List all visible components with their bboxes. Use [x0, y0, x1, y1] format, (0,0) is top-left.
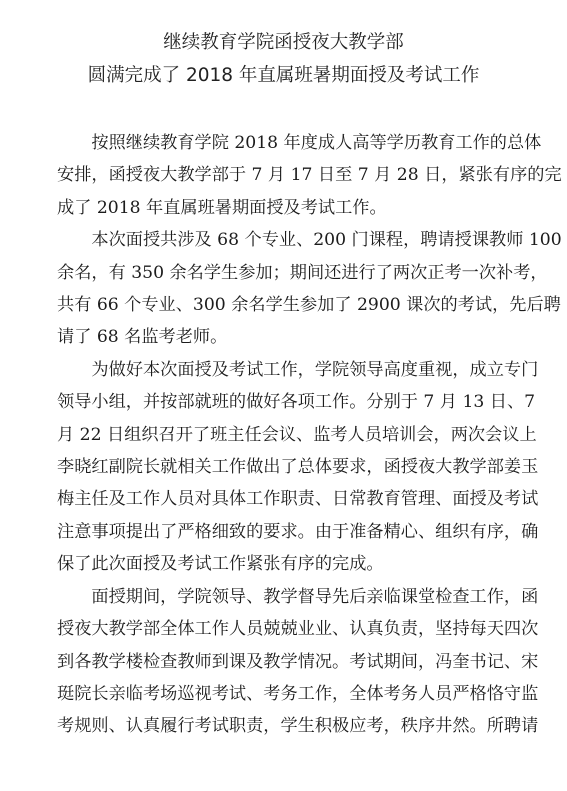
- document-body: 按照继续教育学院 2018 年度成人高等学历教育工作的总体 安排，函授夜大教学部…: [57, 127, 465, 743]
- paragraph-line: 余名，有 350 余名学生参加；期间还进行了两次正考一次补考，: [57, 257, 465, 289]
- paragraph-line: 按照继续教育学院 2018 年度成人高等学历教育工作的总体: [57, 127, 465, 159]
- paragraph-line: 保了此次面授及考试工作紧张有序的完成。: [57, 548, 465, 580]
- paragraph-line: 本次面授共涉及 68 个专业、200 门课程，聘请授课教师 100: [57, 224, 465, 256]
- document-title-line2: 圆满完成了 2018 年直属班暑期面授及考试工作: [0, 61, 567, 87]
- document-title-line1: 继续教育学院函授夜大教学部: [0, 28, 567, 54]
- paragraph-line: 梅主任及工作人员对具体工作职责、日常教育管理、面授及考试: [57, 483, 465, 515]
- paragraph-line: 共有 66 个专业、300 余名学生参加了 2900 课次的考试，先后聘: [57, 289, 465, 321]
- paragraph-line: 面授期间，学院领导、教学督导先后亲临课堂检查工作，函: [57, 581, 465, 613]
- paragraph-line: 注意事项提出了严格细致的要求。由于准备精心、组织有序，确: [57, 516, 465, 548]
- paragraph-line: 安排，函授夜大教学部于 7 月 17 日至 7 月 28 日，紧张有序的完: [57, 159, 465, 191]
- paragraph-line: 为做好本次面授及考试工作，学院领导高度重视，成立专门: [57, 354, 465, 386]
- document-page: 继续教育学院函授夜大教学部 圆满完成了 2018 年直属班暑期面授及考试工作 按…: [0, 0, 567, 791]
- paragraph-line: 成了 2018 年直属班暑期面授及考试工作。: [57, 192, 465, 224]
- paragraph-1: 按照继续教育学院 2018 年度成人高等学历教育工作的总体 安排，函授夜大教学部…: [57, 127, 465, 224]
- paragraph-3: 为做好本次面授及考试工作，学院领导高度重视，成立专门 领导小组，并按部就班的做好…: [57, 354, 465, 581]
- paragraph-line: 到各教学楼检查教师到课及教学情况。考试期间，冯奎书记、宋: [57, 646, 465, 678]
- paragraph-4: 面授期间，学院领导、教学督导先后亲临课堂检查工作，函 授夜大教学部全体工作人员兢…: [57, 581, 465, 743]
- paragraph-line: 考规则、认真履行考试职责，学生积极应考，秩序井然。所聘请: [57, 710, 465, 742]
- paragraph-line: 授夜大教学部全体工作人员兢兢业业、认真负责，坚持每天四次: [57, 613, 465, 645]
- paragraph-line: 李晓红副院长就相关工作做出了总体要求，函授夜大教学部姜玉: [57, 451, 465, 483]
- paragraph-2: 本次面授共涉及 68 个专业、200 门课程，聘请授课教师 100 余名，有 3…: [57, 224, 465, 354]
- paragraph-line: 月 22 日组织召开了班主任会议、监考人员培训会，两次会议上: [57, 419, 465, 451]
- paragraph-line: 请了 68 名监考老师。: [57, 321, 465, 353]
- paragraph-line: 珽院长亲临考场巡视考试、考务工作，全体考务人员严格恪守监: [57, 678, 465, 710]
- paragraph-line: 领导小组，并按部就班的做好各项工作。分别于 7 月 13 日、7: [57, 386, 465, 418]
